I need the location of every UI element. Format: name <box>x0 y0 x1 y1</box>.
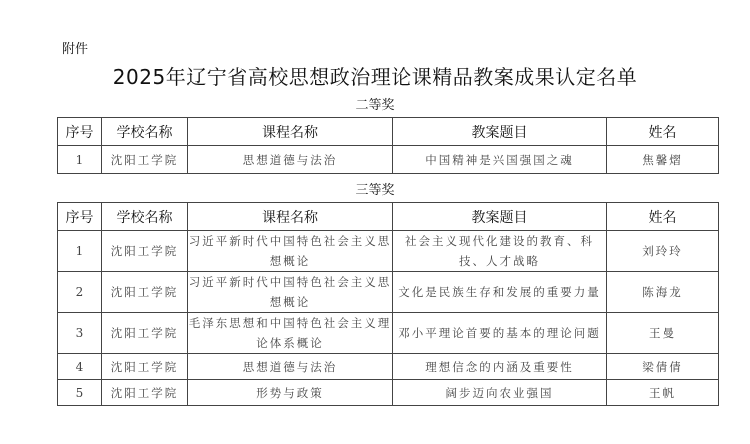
cell-school: 沈阳工学院 <box>102 354 188 380</box>
attachment-label: 附件 <box>62 38 88 57</box>
cell-course: 思想道德与法治 <box>188 354 393 380</box>
cell-no: 3 <box>58 313 102 354</box>
table-row: 4 沈阳工学院 思想道德与法治 理想信念的内涵及重要性 梁倩倩 <box>58 354 719 380</box>
header-name: 姓名 <box>607 118 719 146</box>
table-row: 3 沈阳工学院 毛泽东思想和中国特色社会主义理论体系概论 邓小平理论首要的基本的… <box>58 313 719 354</box>
header-topic: 教案题目 <box>393 118 607 146</box>
table-row: 5 沈阳工学院 形势与政策 阔步迈向农业强国 王帆 <box>58 380 719 406</box>
cell-course: 习近平新时代中国特色社会主义思想概论 <box>188 272 393 313</box>
cell-topic: 理想信念的内涵及重要性 <box>393 354 607 380</box>
third-prize-table: 序号 学校名称 课程名称 教案题目 姓名 1 沈阳工学院 习近平新时代中国特色社… <box>57 202 719 406</box>
cell-name: 王帆 <box>607 380 719 406</box>
cell-school: 沈阳工学院 <box>102 380 188 406</box>
table-row: 1 沈阳工学院 习近平新时代中国特色社会主义思想概论 社会主义现代化建设的教育、… <box>58 231 719 272</box>
cell-school: 沈阳工学院 <box>102 272 188 313</box>
cell-topic: 中国精神是兴国强国之魂 <box>393 146 607 174</box>
cell-course: 毛泽东思想和中国特色社会主义理论体系概论 <box>188 313 393 354</box>
cell-topic: 阔步迈向农业强国 <box>393 380 607 406</box>
header-school: 学校名称 <box>102 118 188 146</box>
header-school: 学校名称 <box>102 203 188 231</box>
cell-no: 4 <box>58 354 102 380</box>
header-name: 姓名 <box>607 203 719 231</box>
cell-name: 王曼 <box>607 313 719 354</box>
header-course: 课程名称 <box>188 118 393 146</box>
cell-school: 沈阳工学院 <box>102 231 188 272</box>
table-row: 1 沈阳工学院 思想道德与法治 中国精神是兴国强国之魂 焦馨熠 <box>58 146 719 174</box>
document-title: 2025年辽宁省高校思想政治理论课精品教案成果认定名单 <box>0 61 750 90</box>
cell-school: 沈阳工学院 <box>102 313 188 354</box>
cell-topic: 邓小平理论首要的基本的理论问题 <box>393 313 607 354</box>
cell-no: 1 <box>58 146 102 174</box>
cell-name: 梁倩倩 <box>607 354 719 380</box>
cell-name: 刘玲玲 <box>607 231 719 272</box>
cell-no: 2 <box>58 272 102 313</box>
header-no: 序号 <box>58 118 102 146</box>
cell-topic: 社会主义现代化建设的教育、科技、人才战略 <box>393 231 607 272</box>
award-level-third: 三等奖 <box>0 179 750 198</box>
cell-no: 5 <box>58 380 102 406</box>
second-prize-table: 序号 学校名称 课程名称 教案题目 姓名 1 沈阳工学院 思想道德与法治 中国精… <box>57 117 719 174</box>
cell-course: 习近平新时代中国特色社会主义思想概论 <box>188 231 393 272</box>
cell-name: 陈海龙 <box>607 272 719 313</box>
cell-no: 1 <box>58 231 102 272</box>
table-row: 2 沈阳工学院 习近平新时代中国特色社会主义思想概论 文化是民族生存和发展的重要… <box>58 272 719 313</box>
header-topic: 教案题目 <box>393 203 607 231</box>
table-header-row: 序号 学校名称 课程名称 教案题目 姓名 <box>58 203 719 231</box>
award-level-second: 二等奖 <box>0 94 750 113</box>
cell-course: 思想道德与法治 <box>188 146 393 174</box>
cell-course: 形势与政策 <box>188 380 393 406</box>
cell-topic: 文化是民族生存和发展的重要力量 <box>393 272 607 313</box>
cell-school: 沈阳工学院 <box>102 146 188 174</box>
cell-name: 焦馨熠 <box>607 146 719 174</box>
header-no: 序号 <box>58 203 102 231</box>
table-header-row: 序号 学校名称 课程名称 教案题目 姓名 <box>58 118 719 146</box>
header-course: 课程名称 <box>188 203 393 231</box>
